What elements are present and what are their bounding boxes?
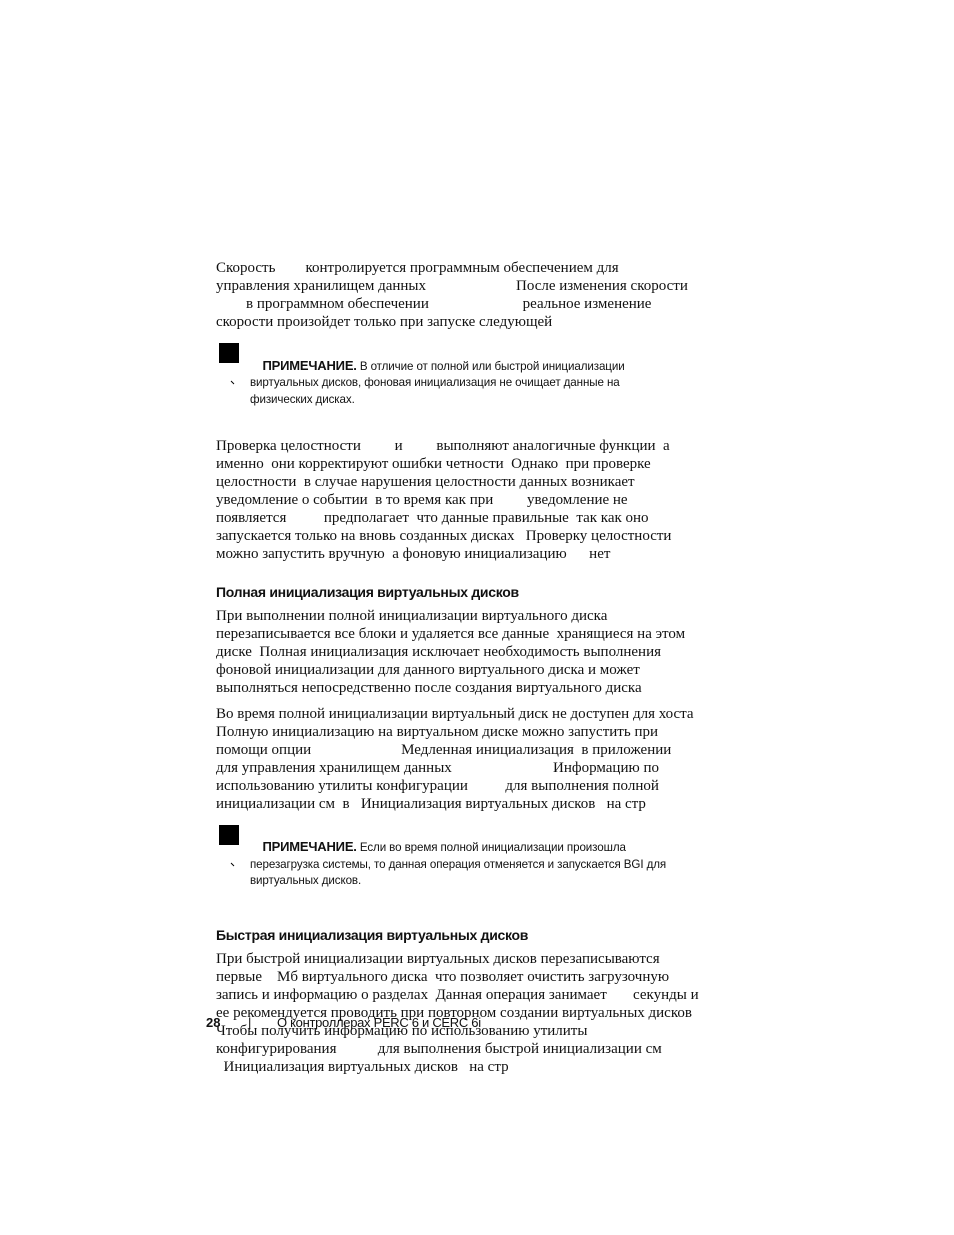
page-number: 28 (206, 1015, 220, 1030)
paragraph-full-init-1: При выполнении полной инициализации вирт… (216, 607, 716, 697)
paragraph-consistency-check: Проверка целостности и выполняют аналоги… (216, 437, 716, 563)
pencil-note-icon (219, 825, 239, 845)
heading-fast-init: Быстрая инициализация виртуальных дисков (216, 926, 716, 944)
pencil-note-icon (219, 343, 239, 363)
paragraph-speed: Скорость контролируется программным обес… (216, 259, 716, 331)
paragraph-full-init-2: Во время полной инициализации виртуальны… (216, 705, 716, 813)
heading-full-init: Полная инициализация виртуальных дисков (216, 583, 716, 601)
note-label: ПРИМЕЧАНИЕ. (263, 358, 357, 373)
document-page: Скорость контролируется программным обес… (216, 259, 716, 1084)
paragraph-fast-init: При быстрой инициализации виртуальных ди… (216, 950, 716, 1076)
note-label: ПРИМЕЧАНИЕ. (263, 839, 357, 854)
note-1: ПРИМЕЧАНИЕ. В отличие от полной или быст… (216, 341, 716, 425)
note-2: ПРИМЕЧАНИЕ. Если во время полной инициал… (216, 823, 716, 907)
footer-title: О контроллерах PERC 6 и CERC 6i (277, 1015, 481, 1030)
footer-separator: | (248, 1015, 251, 1030)
